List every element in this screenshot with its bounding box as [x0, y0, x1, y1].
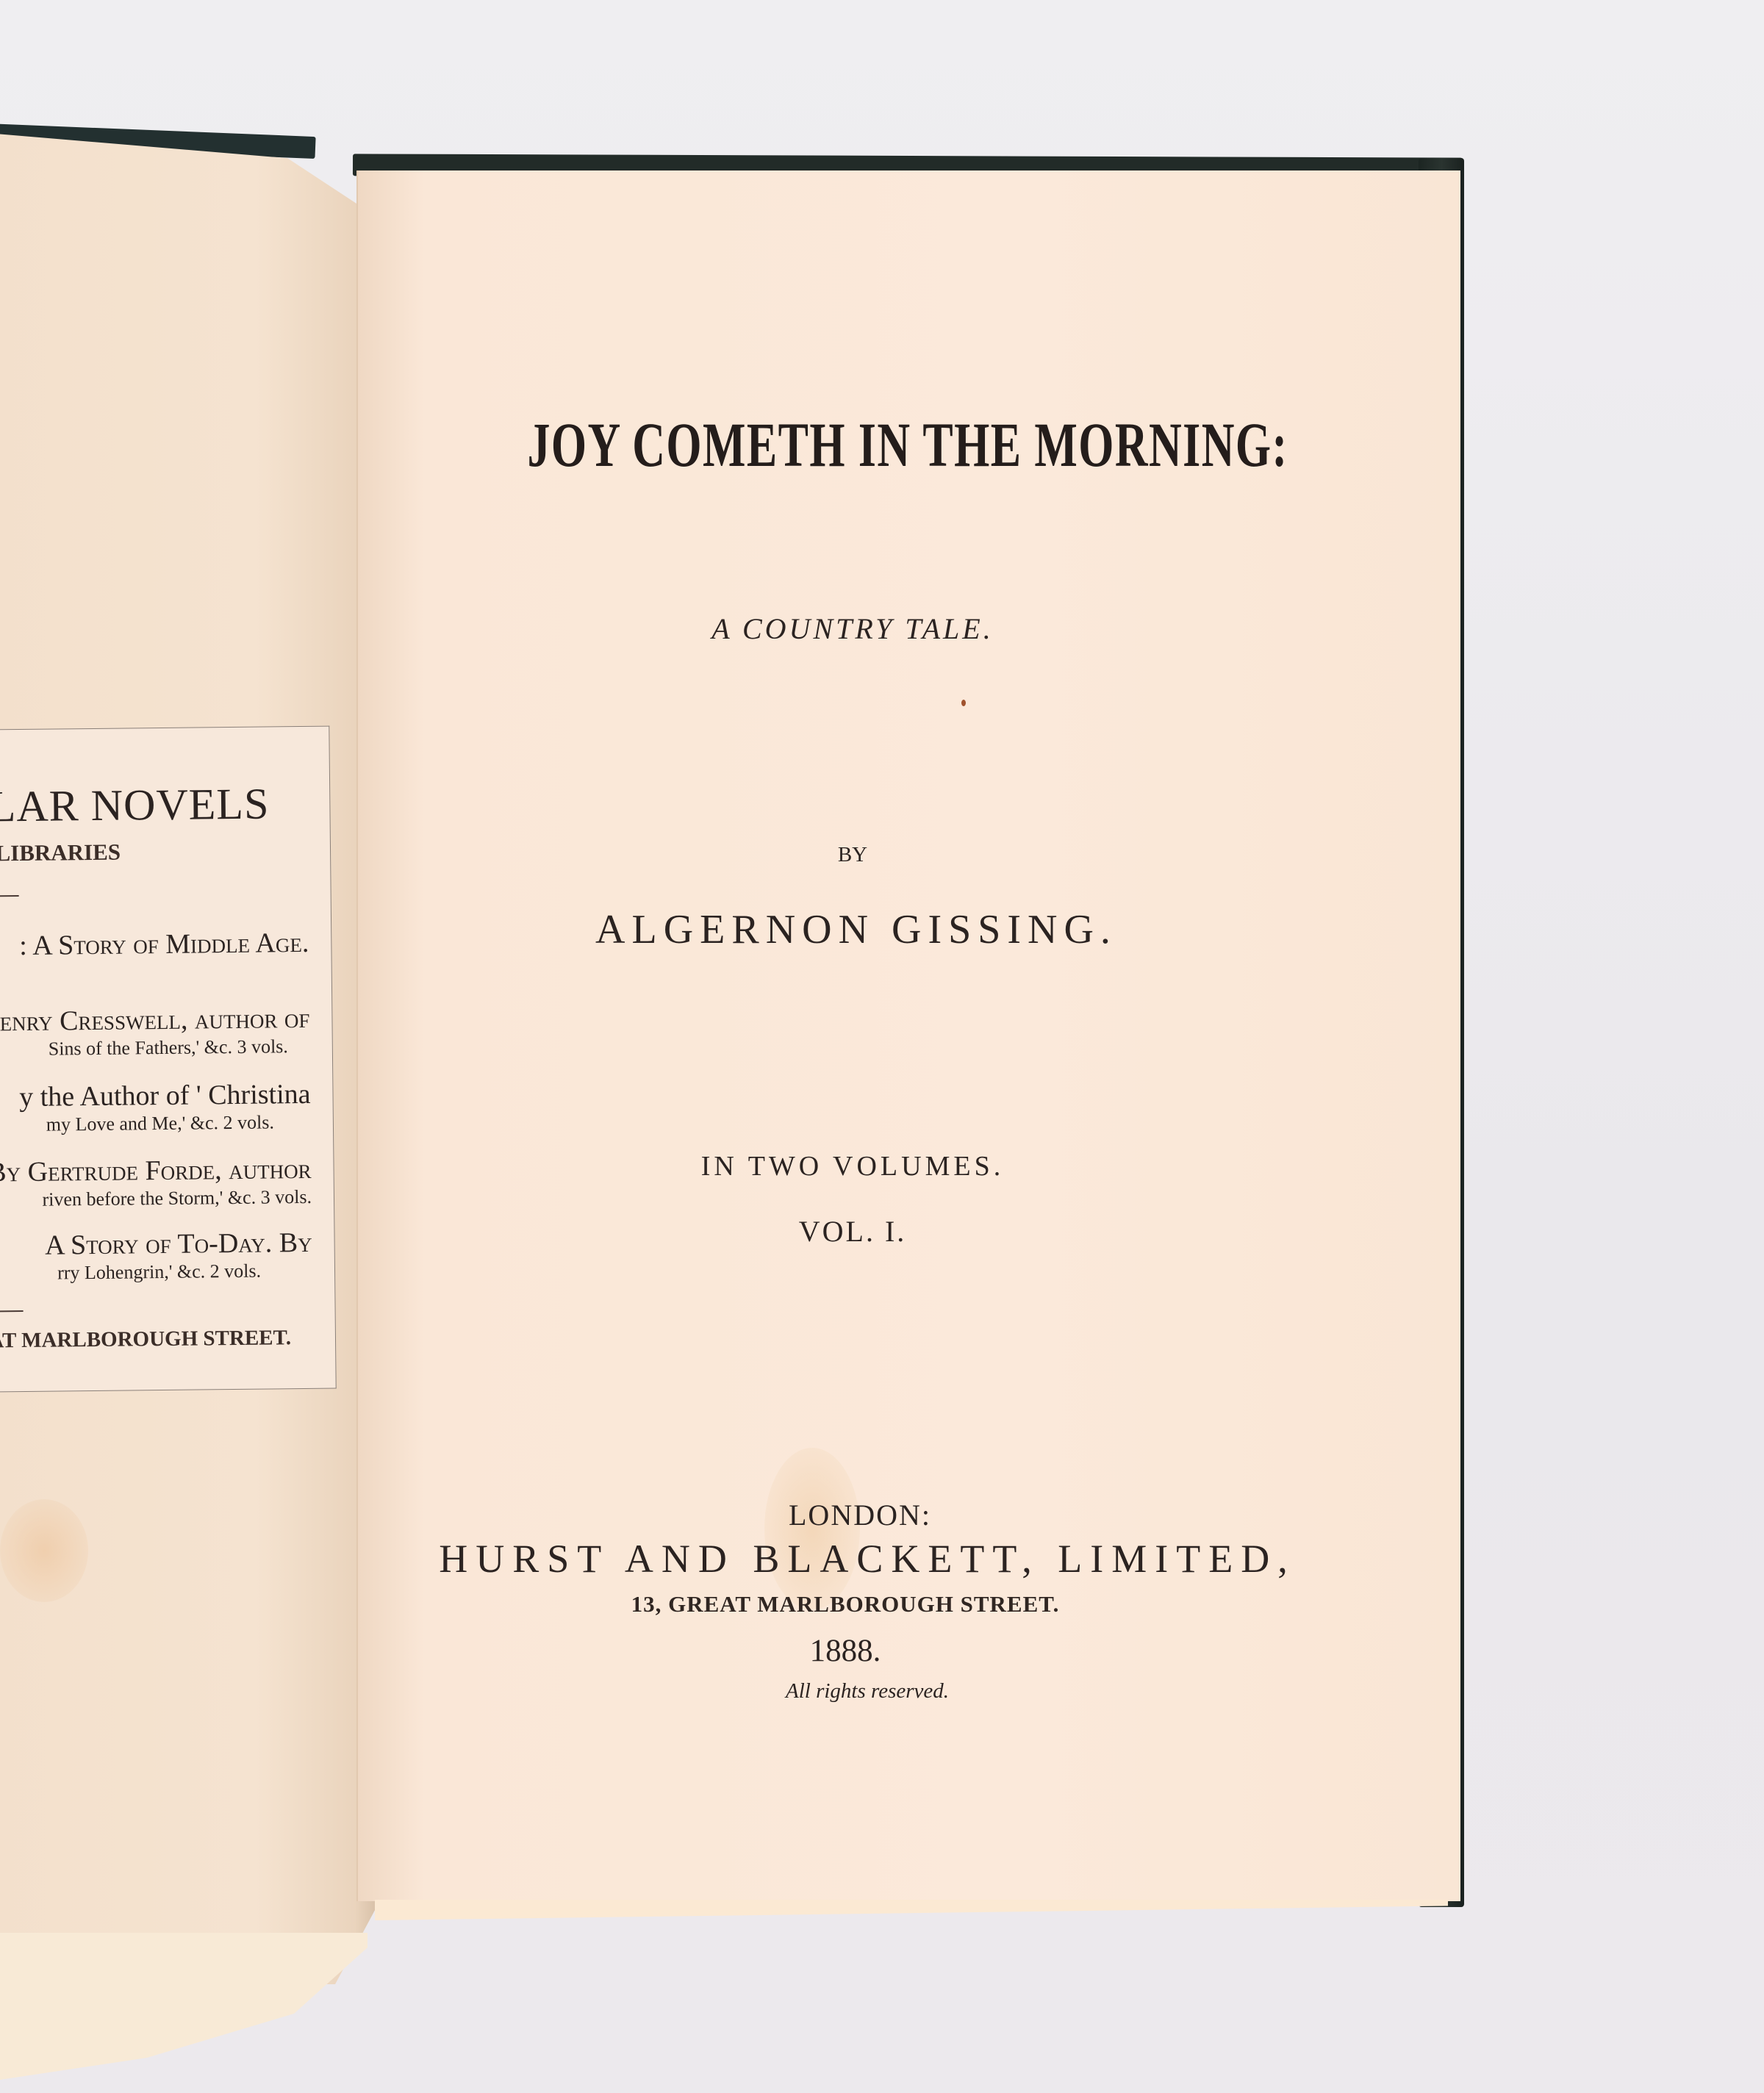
ad-line: rry Lohengrin,' &c. 2 vols. — [57, 1260, 261, 1285]
ad-line: Sins of the Fathers,' &c. 3 vols. — [49, 1035, 288, 1060]
ad-line: : A Story of Middle Age. — [19, 927, 309, 962]
paper-stain — [0, 1499, 88, 1602]
volume-number: VOL. I. — [367, 1214, 1338, 1249]
publication-year: 1888. — [353, 1633, 1338, 1669]
ad-line: riven before the Storm,' &c. 3 vols. — [42, 1186, 312, 1211]
ad-line: A Story of To-Day. By — [45, 1227, 312, 1262]
publication-place: LONDON: — [367, 1498, 1352, 1532]
publisher-address: 13, GREAT MARLBOROUGH STREET. — [353, 1591, 1338, 1618]
ad-footer: AT MARLBOROUGH STREET. — [0, 1326, 291, 1353]
publisher-name: HURST AND BLACKETT, LIMITED, — [353, 1536, 1382, 1582]
book-subtitle: A COUNTRY TALE. — [353, 611, 1352, 646]
ad-line: enry Cresswell, author of — [0, 1002, 310, 1038]
ad-line: By Gertrude Forde, author — [0, 1153, 312, 1189]
ad-subheading: LIBRARIES — [0, 839, 121, 867]
advertisement-box: ULAR NOVELS LIBRARIES : A Story of Middl… — [0, 726, 337, 1393]
volume-count: IN TWO VOLUMES. — [367, 1150, 1338, 1182]
author-name: ALGERNON GISSING. — [367, 906, 1345, 953]
ad-rule — [0, 895, 19, 897]
ad-rule — [0, 1310, 24, 1312]
ad-line: y the Author of ' Christina — [19, 1078, 311, 1113]
book-title: JOY COMETH IN THE MORNING: — [511, 408, 1305, 481]
paper-speck — [961, 700, 966, 706]
by-line: BY — [367, 843, 1338, 867]
rights-notice: All rights reserved. — [367, 1679, 1367, 1704]
ad-line: my Love and Me,' &c. 2 vols. — [46, 1111, 274, 1135]
ad-heading: ULAR NOVELS — [0, 778, 270, 832]
